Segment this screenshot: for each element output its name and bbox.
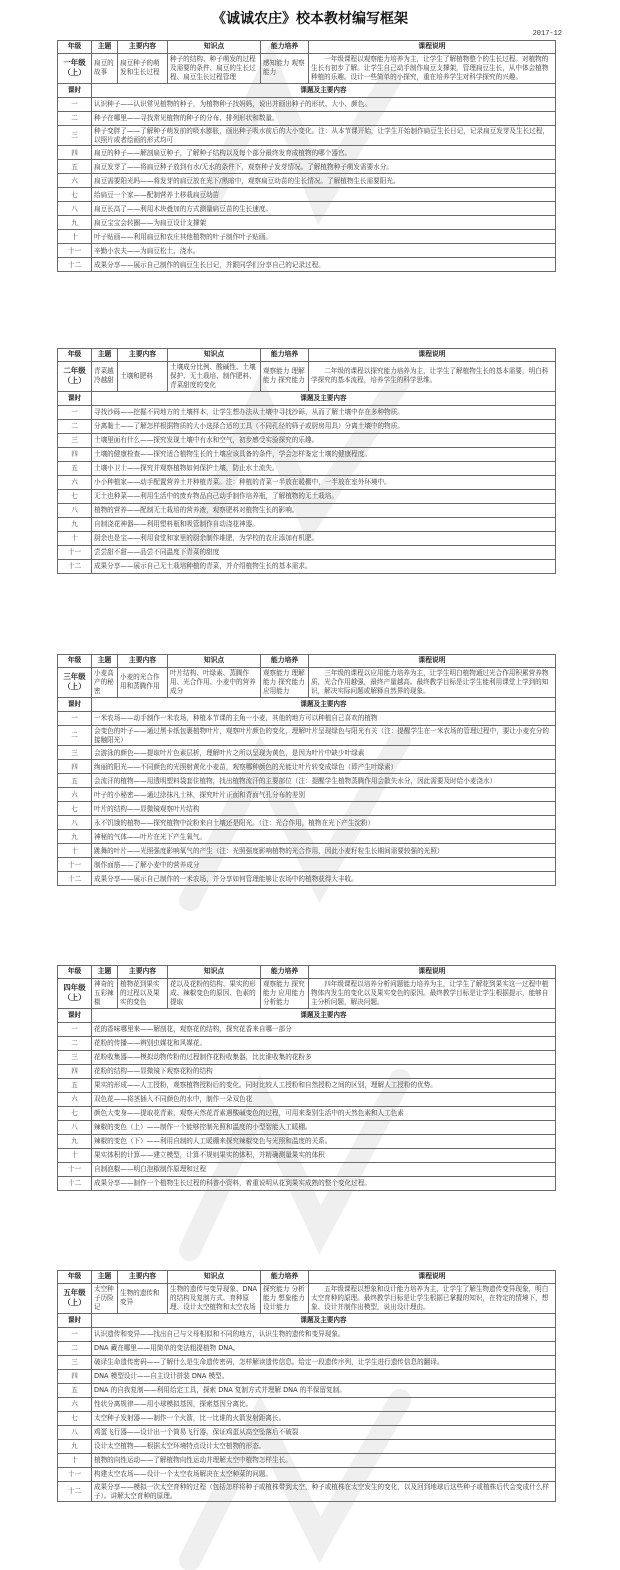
lesson-number: 三 (58, 433, 92, 447)
lesson-text-content: 永不饥饿的植物——探究植物中淀粉来自土壤还是阳光。（注：光合作用，植物在光下产生… (94, 819, 374, 827)
lesson-number: 五 (58, 774, 92, 788)
main-content-cell: 土壤和肥料 (118, 362, 168, 392)
document-title: 《诚诚农庄》校本教材编写框架 (0, 8, 620, 28)
header-lesson-content: 课题及主要内容 (92, 391, 556, 405)
header-main-content: 主要内容 (118, 1271, 168, 1284)
lesson-row: 五扁豆发芽了——将扁豆种子放到有水/无水的条件下，观察种子发芽情况。了解植物种子… (58, 160, 556, 174)
lesson-number: 五 (58, 461, 92, 475)
header-grade: 年级 (58, 655, 92, 668)
main-content-cell: 扁豆种子的萌发和生长过程 (118, 54, 168, 84)
lesson-row: 五DNA 的自我复制——利用给定工具，探索 DNA 复制方式并理解 DNA 的半… (58, 1383, 556, 1397)
header-knowledge: 知识点 (168, 41, 261, 54)
header-lesson-content: 课题及主要内容 (92, 83, 556, 97)
lesson-text: 土壤里面有什么——探究发现土壤中有水和空气，初步感受实验探究的乐趣。 (92, 433, 556, 447)
lesson-text: 鸡蛋飞行器——设计出一个简易飞行器，保证鸡蛋从高空坠落后不破裂 (92, 1425, 556, 1439)
lesson-text: 花粉的传播——辨别虫媒花和风媒花。 (92, 1036, 556, 1050)
lesson-text: 叶子的小秘密——通过涂抹凡士林，探究叶片正面和背面气孔分布的差别 (92, 788, 556, 802)
lesson-text-content: 无土也种菜——利用生活中的废弃物品自己动手制作培养瓶，了解植物的无土栽培。 (94, 492, 338, 500)
lesson-header-row: 课时课题及主要内容 (58, 1313, 556, 1327)
lesson-number: 十 (58, 1453, 92, 1467)
grade-info-row: 一年级（上）扁豆的故事扁豆种子的萌发和生长过程种子的结构、种子萌发的过程及需要的… (58, 54, 556, 84)
lesson-text-content: 认识遗传和变异——找出自己与父母相似和不同的地方，认识生物的遗传和变异现象。 (94, 1330, 345, 1338)
lesson-row: 一认识种子——认识常见植物的种子，为植物种子找妈妈，说出并画出种子的形状、大小、… (58, 97, 556, 111)
grade-table-2: 年级主题主要内容知识点能力培养课程说明二年级（上）青菜越冷越甜土壤和肥料土壤成分… (57, 348, 556, 574)
lesson-row: 八扁豆长高了——利用木块叠加的方式测量扁豆苗的生长速度。 (58, 202, 556, 216)
lesson-number: 十二 (58, 559, 92, 573)
lesson-number: 七 (58, 188, 92, 202)
lesson-row: 二会变色的叶子——通过黑卡纸包裹植物叶片，观察叶片颜色的变化，理解叶片呈现绿色与… (58, 725, 556, 746)
lesson-number: 九 (58, 1439, 92, 1453)
lesson-row: 六扁豆需要阳光吗——将发芽的扁豆放在光下/黑暗中，观察扁豆幼苗的生长情况。了解植… (58, 174, 556, 188)
lesson-text-content: 花粉收集器——模拟动物传粉的过程制作花粉收集器，比比谁收集的花粉多 (94, 1053, 312, 1061)
lesson-text-content: 叶子贴画——利用扁豆和农庄其他植物的叶子制作叶子贴画。 (94, 233, 272, 241)
lesson-row: 六叶子的小秘密——通过涂抹凡士林，探究叶片正面和背面气孔分布的差别 (58, 788, 556, 802)
lesson-number: 二 (58, 1341, 92, 1355)
header-ability: 能力培养 (261, 41, 309, 54)
lesson-number: 十 (58, 230, 92, 244)
lesson-number: 七 (58, 489, 92, 503)
lesson-text: 花的香味哪里来——解剖花，观察花的结构，探究花香来自哪一部分 (92, 1022, 556, 1036)
lesson-number: 五 (58, 1078, 92, 1092)
lesson-row: 四土壤的健康检查——探究适合植物生长的土壤应该具备的条件，学会怎样鉴定土壤的健康… (58, 447, 556, 461)
header-description: 课程说明 (309, 1271, 556, 1284)
lesson-row: 七给扁豆一个家——配制营养土移栽扁豆幼苗 (58, 188, 556, 202)
lesson-number: 六 (58, 1092, 92, 1106)
lesson-row: 八鸡蛋飞行器——设计出一个简易飞行器，保证鸡蛋从高空坠落后不破裂 (58, 1425, 556, 1439)
header-grade: 年级 (58, 966, 92, 979)
ability-cell: 探究能力 分析能力 想象能力 设计能力 (261, 1284, 309, 1314)
lesson-text-content: 种子变胖了——了解种子萌发前的吸水膨胀，画出种子吸水前后的大小变化。注：从本节课… (94, 127, 549, 144)
lesson-row: 九扁豆宝宝会转圈——为扁豆设计支撑架 (58, 216, 556, 230)
lesson-row: 十二成果分享——模拟一次太空育种的过程（包括怎样将种子或植株带到太空，种子或植株… (58, 1481, 556, 1502)
lesson-text-content: 鸡蛋飞行器——设计出一个简易飞行器，保证鸡蛋从高空坠落后不破裂 (94, 1428, 298, 1436)
lesson-row: 十二成果分享——展示自己制作的一米农场，并分享如何管理能够让农场中的植物获得大丰… (58, 872, 556, 886)
lesson-text-content: 花粉的结构——显微镜下观察花粉的结构 (94, 1067, 213, 1075)
lesson-text-content: 土壤的健康检查——探究适合植物生长的土壤应该具备的条件，学会怎样鉴定土壤的健康程… (94, 450, 371, 458)
lesson-number: 四 (58, 1064, 92, 1078)
lesson-row: 九辣椒的变色（下）——利用自制的人工暖棚来探究辣椒变色与光照和温度的关系。 (58, 1134, 556, 1148)
lesson-number: 四 (58, 447, 92, 461)
lesson-text-content: 设计太空植物——根据太空环境特点设计太空植物的形态。 (94, 1442, 265, 1450)
lesson-row: 六性状分离规律——用小球模拟基因，探索基因分离比。 (58, 1397, 556, 1411)
lesson-text-content: 扁豆长高了——利用木块叠加的方式测量扁豆苗的生长速度。 (94, 205, 272, 213)
grade-label: 一年级（上） (58, 54, 92, 84)
lesson-text-content: 绚丽的阳光——不同颜色的光照射黄化小麦苗，观察哪种颜色的光能让叶片转变成绿色（即… (94, 763, 397, 771)
lesson-text: 神秘的气体——叶片在光下产生氧气。 (92, 830, 556, 844)
lesson-number: 一 (58, 1327, 92, 1341)
lesson-number: 六 (58, 1397, 92, 1411)
lesson-row: 一一米农场——动手制作一米农场，种植本节课的主角一小麦，其他的地方可以种植自己喜… (58, 711, 556, 725)
lesson-text: 辣椒的变色（上）——制作一个能够控制光照和温度的小型智能人工暖棚。 (92, 1120, 556, 1134)
lesson-text: 会游泳的颜色——提取叶片色素层析，理解叶片之所以呈现为黄色，是因为叶片中缺少叶绿… (92, 746, 556, 760)
lesson-row: 九自制浇花神器——利用塑料瓶和吸管制作自动浇花神器。 (58, 517, 556, 531)
lesson-number: 十 (58, 1148, 92, 1162)
lesson-text: 跳舞的叶片——光照强度影响氧气的产生（注：光照强度影响植物的光合作用，因此小麦籽… (92, 844, 556, 858)
lesson-text-content: 叶片的结构——显微镜观察叶片结构 (94, 805, 200, 813)
lesson-number: 一 (58, 1022, 92, 1036)
lesson-row: 三土壤里面有什么——探究发现土壤中有水和空气，初步感受实验探究的乐趣。 (58, 433, 556, 447)
lesson-text-content: 扁豆的种子——解剖扁豆种子，了解种子结构以及每个部分最终发育成植物的哪个器官。 (94, 149, 351, 157)
lesson-row: 一花的香味哪里来——解剖花，观察花的结构，探究花香来自哪一部分 (58, 1022, 556, 1036)
lesson-text-content: 太空种子发射器——制作一个火箭，比一比谁的火箭发射距离长。 (94, 1414, 285, 1422)
lesson-text: 认识种子——认识常见植物的种子，为植物种子找妈妈，说出并画出种子的形状、大小、颜… (92, 97, 556, 111)
lesson-number: 四 (58, 146, 92, 160)
lesson-row: 三会游泳的颜色——提取叶片色素层析，理解叶片之所以呈现为黄色，是因为叶片中缺少叶… (58, 746, 556, 760)
ability-cell: 观察能力 理解能力 探究能力 (261, 362, 309, 392)
lesson-number: 七 (58, 1106, 92, 1120)
lesson-text-content: DNA 模型设计——自主设计拼装 DNA 模型。 (94, 1372, 228, 1380)
header-description: 课程说明 (309, 655, 556, 668)
lesson-text-content: 土壤里面有什么——探究发现土壤中有水和空气，初步感受实验探究的乐趣。 (94, 436, 318, 444)
lesson-text: 制作面筋——了解小麦中的营养成分 (92, 858, 556, 872)
ability-cell: 感知能力 观察能力 (261, 54, 309, 84)
lesson-text: 种子变胖了——了解种子萌发前的吸水膨胀，画出种子吸水前后的大小变化。注：从本节课… (92, 125, 556, 146)
lesson-text: 果实体积的计算——建立模型，计算不规则果实的体积，并精确测量果实的体积 (92, 1148, 556, 1162)
lesson-text: 分离黏土——了解怎样根据物质的大小选择合适的工具（不同孔径的筛子或厨房用具）分离… (92, 419, 556, 433)
header-row: 年级主题主要内容知识点能力培养课程说明 (58, 655, 556, 668)
lesson-text: 成果分享——展示自己制作的扁豆生长日记，并跟同学们分享自己的记录过程。 (92, 258, 556, 272)
lesson-text-content: 果实体积的计算——建立模型，计算不规则果实的体积，并精确测量果实的体积 (94, 1151, 325, 1159)
header-knowledge: 知识点 (168, 655, 261, 668)
lesson-text-content: 植物的向性运动——了解植物向性运动并理解太空中植物怎样生长。 (94, 1456, 292, 1464)
lesson-row: 七颜色大变身——提取花青素，观察天然花青素遇酸碱变色的过程，可用来鉴别生活中的天… (58, 1106, 556, 1120)
lesson-text-content: 成果分享——制作一个植物生长过程的科普小资料，着重说明从花到果实成熟的整个变化过… (94, 1179, 371, 1187)
lesson-text: 扁豆的种子——解剖扁豆种子，了解种子结构以及每个部分最终发育成植物的哪个器官。 (92, 146, 556, 160)
main-content-cell: 植物花到果实的过程以及果实的变色 (118, 979, 168, 1009)
ability-cell: 观察能力 理解能力 探究能力 应用能力 (261, 668, 309, 698)
knowledge-cell: 土壤成分比例、酸碱性、土壤保护、无土栽培、制作肥料、青菜甜度的变化 (168, 362, 261, 392)
lesson-row: 三种子变胖了——了解种子萌发前的吸水膨胀，画出种子吸水前后的大小变化。注：从本节… (58, 125, 556, 146)
lesson-row: 十果实体积的计算——建立模型，计算不规则果实的体积，并精确测量果实的体积 (58, 1148, 556, 1162)
lesson-text: 土壤小卫士——探究并观察植物如何保护土壤，防止水土流失。 (92, 461, 556, 475)
lesson-text: 认识遗传和变异——找出自己与父母相似和不同的地方，认识生物的遗传和变异现象。 (92, 1327, 556, 1341)
topic-cell: 青菜越冷越甜 (92, 362, 118, 392)
lesson-number: 十一 (58, 1162, 92, 1176)
lesson-text: 设计太空植物——根据太空环境特点设计太空植物的形态。 (92, 1439, 556, 1453)
lesson-row: 五会流汗的植物——用透明塑料袋套住植物，找出植物流汗的主要部位（注：提醒学生植物… (58, 774, 556, 788)
grade-info-row: 五年级（上）太空种子历险记生物的遗传和变异生物的遗传与变异现象、DNA的结构及复… (58, 1284, 556, 1314)
lesson-text-content: 扁豆宝宝会转圈——为扁豆设计支撑架 (94, 219, 206, 227)
lesson-text: 自制泡椒——明白泡椒制作原理和过程 (92, 1162, 556, 1176)
lesson-number: 十二 (58, 1481, 92, 1502)
lesson-text-content: 会游泳的颜色——提取叶片色素层析，理解叶片之所以呈现为黄色，是因为叶片中缺少叶绿… (94, 749, 364, 757)
lesson-number: 十一 (58, 858, 92, 872)
lesson-text: 成果分享——展示自己制作的一米农场，并分享如何管理能够让农场中的植物获得大丰收。 (92, 872, 556, 886)
lesson-text: 构建太空农场——设计一个太空农场解决在太空种菜的问题。 (92, 1467, 556, 1481)
lesson-text: 性状分离规律——用小球模拟基因，探索基因分离比。 (92, 1397, 556, 1411)
lesson-row: 四绚丽的阳光——不同颜色的光照射黄化小麦苗，观察哪种颜色的光能让叶片转变成绿色（… (58, 760, 556, 774)
lesson-number: 五 (58, 160, 92, 174)
lesson-row: 二种子在哪里——寻找常见植物的种子的分布、排列形状和数量。 (58, 111, 556, 125)
lesson-number: 十二 (58, 258, 92, 272)
ability-cell: 观察能力 探究能力 应用能力 分析能力 (261, 979, 309, 1009)
lesson-text-content: 破译生命遗传密码——了解什么是生命遗传密码，怎样解读遗传信息。给定一段遗传序列，… (94, 1358, 443, 1366)
lesson-row: 十一尝尝甜不甜——品尝不同温度下青菜的甜度 (58, 545, 556, 559)
header-ability: 能力培养 (261, 349, 309, 362)
lesson-text: 给扁豆一个家——配制营养土移栽扁豆幼苗 (92, 188, 556, 202)
header-knowledge: 知识点 (168, 966, 261, 979)
lesson-text-content: 成果分享——展示自己无土栽培种植的青菜，并介绍植物生长的基本需求。 (94, 562, 312, 570)
main-content-cell: 生物的遗传和变异 (118, 1284, 168, 1314)
lesson-text: 植物的营养——配制无土栽培的营养液，观察肥料对植物生长的影响。 (92, 503, 556, 517)
lesson-text-content: 自制浇花神器——利用塑料瓶和吸管制作自动浇花神器。 (94, 520, 259, 528)
lesson-row: 六小小种植家——动手配置营养土并种植青菜。注：种植的青菜一半放在暖棚中，一半放在… (58, 475, 556, 489)
header-lesson-no: 课时 (58, 1008, 92, 1022)
lesson-row: 二DNA 藏在哪里——用简单的变法粗提植物 DNA。 (58, 1341, 556, 1355)
grade-label: 三年级（上） (58, 668, 92, 698)
topic-cell: 小麦高产的秘密 (92, 668, 118, 698)
lesson-number: 三 (58, 125, 92, 146)
lesson-text-content: 给扁豆一个家——配制营养土移栽扁豆幼苗 (94, 191, 219, 199)
lesson-text: 成果分享——模拟一次太空育种的过程（包括怎样将种子或植株带到太空，种子或植株在太… (92, 1481, 556, 1502)
lesson-text-content: 叶子的小秘密——通过涂抹凡士林，探究叶片正面和背面气孔分布的差别 (94, 791, 305, 799)
lesson-text-content: 扁豆需要阳光吗——将发芽的扁豆放在光下/黑暗中，观察扁豆幼苗的生长情况。了解植物… (94, 177, 400, 185)
lesson-text-content: DNA 藏在哪里——用简单的变法粗提植物 DNA。 (94, 1344, 239, 1352)
lesson-row: 十二成果分享——展示自己制作的扁豆生长日记，并跟同学们分享自己的记录过程。 (58, 258, 556, 272)
header-topic: 主题 (92, 966, 118, 979)
lesson-row: 三花粉收集器——模拟动物传粉的过程制作花粉收集器，比比谁收集的花粉多 (58, 1050, 556, 1064)
lesson-number: 七 (58, 1411, 92, 1425)
lesson-number: 四 (58, 760, 92, 774)
lesson-row: 十一辛勤小农夫——为扁豆松土、浇水。 (58, 244, 556, 258)
grade-table-5: 年级主题主要内容知识点能力培养课程说明五年级（上）太空种子历险记生物的遗传和变异… (57, 1270, 556, 1502)
lesson-number: 十二 (58, 872, 92, 886)
header-description: 课程说明 (309, 41, 556, 54)
lesson-text: 寻找沙砾——挖掘不同地方的土壤样本，让学生想办法从土壤中寻找沙砾，从而了解土壤中… (92, 405, 556, 419)
lesson-text-content: 双色花——将茎插入不同颜色的水中，制作一朵双色花 (94, 1095, 252, 1103)
lesson-text-content: 花的香味哪里来——解剖花，观察花的结构，探究花香来自哪一部分 (94, 1025, 292, 1033)
grade-table-1: 年级主题主要内容知识点能力培养课程说明一年级（上）扁豆的故事扁豆种子的萌发和生长… (57, 40, 556, 272)
lesson-number: 九 (58, 830, 92, 844)
lesson-text: 扁豆长高了——利用木块叠加的方式测量扁豆苗的生长速度。 (92, 202, 556, 216)
header-ability: 能力培养 (261, 655, 309, 668)
header-knowledge: 知识点 (168, 1271, 261, 1284)
lesson-row: 十一构建太空农场——设计一个太空农场解决在太空种菜的问题。 (58, 1467, 556, 1481)
lesson-text-content: 神秘的气体——叶片在光下产生氧气。 (94, 833, 206, 841)
lesson-number: 八 (58, 816, 92, 830)
lesson-header-row: 课时课题及主要内容 (58, 391, 556, 405)
lesson-number: 五 (58, 1383, 92, 1397)
lesson-text: DNA 模型设计——自主设计拼装 DNA 模型。 (92, 1369, 556, 1383)
lesson-row: 二分离黏土——了解怎样根据物质的大小选择合适的工具（不同孔径的筛子或厨房用具）分… (58, 419, 556, 433)
lesson-text: 绚丽的阳光——不同颜色的光照射黄化小麦苗，观察哪种颜色的光能让叶片转变成绿色（即… (92, 760, 556, 774)
lesson-number: 六 (58, 174, 92, 188)
header-description: 课程说明 (309, 966, 556, 979)
lesson-text-content: 成果分享——展示自己制作的一米农场，并分享如何管理能够让农场中的植物获得大丰收。 (94, 875, 358, 883)
lesson-row: 十厨余也是宝——利用食堂和家里的厨余制作堆肥，为学校的农庄添加有机肥。 (58, 531, 556, 545)
lesson-text: 无土也种菜——利用生活中的废弃物品自己动手制作培养瓶，了解植物的无土栽培。 (92, 489, 556, 503)
lesson-text-content: 小小种植家——动手配置营养土并种植青菜。注：种植的青菜一半放在暖棚中，一半放在室… (94, 478, 391, 486)
lesson-text: 成果分享——制作一个植物生长过程的科普小资料，着重说明从花到果实成熟的整个变化过… (92, 1176, 556, 1190)
header-grade: 年级 (58, 41, 92, 54)
lesson-row: 二花粉的传播——辨别虫媒花和风媒花。 (58, 1036, 556, 1050)
lesson-number: 十一 (58, 1467, 92, 1481)
lesson-text: 小小种植家——动手配置营养土并种植青菜。注：种植的青菜一半放在暖棚中，一半放在室… (92, 475, 556, 489)
lesson-text-content: DNA 的自我复制——利用给定工具，探索 DNA 复制方式并理解 DNA 的半保… (94, 1386, 346, 1394)
header-grade: 年级 (58, 349, 92, 362)
description-cell: 一年级课程以观察能力培养为主，让学生了解植物整个的生长过程。对植物的生长有初步了… (309, 54, 556, 84)
lesson-number: 三 (58, 746, 92, 760)
lesson-text-content: 颜色大变身——提取花青素，观察天然花青素遇酸碱变色的过程，可用来鉴别生活中的天然… (94, 1109, 404, 1117)
lesson-number: 一 (58, 405, 92, 419)
knowledge-cell: 种子的结构、种子萌发的过程及需要的条件、扁豆的生长过程、扁豆生长过程管理 (168, 54, 261, 84)
lesson-text: 成果分享——展示自己无土栽培种植的青菜，并介绍植物生长的基本需求。 (92, 559, 556, 573)
lesson-text-content: 辣椒的变色（下）——利用自制的人工暖棚来探究辣椒变色与光照和温度的关系。 (94, 1137, 331, 1145)
lesson-text-content: 分离黏土——了解怎样根据物质的大小选择合适的工具（不同孔径的筛子或厨房用具）分离… (94, 422, 404, 430)
lesson-number: 八 (58, 1120, 92, 1134)
lesson-text: 扁豆需要阳光吗——将发芽的扁豆放在光下/黑暗中，观察扁豆幼苗的生长情况。了解植物… (92, 174, 556, 188)
lesson-text-content: 尝尝甜不甜——品尝不同温度下青菜的甜度 (94, 548, 219, 556)
lesson-text: DNA 藏在哪里——用简单的变法粗提植物 DNA。 (92, 1341, 556, 1355)
lesson-number: 十二 (58, 1176, 92, 1190)
lesson-number: 九 (58, 1134, 92, 1148)
lesson-number: 十一 (58, 545, 92, 559)
lesson-number: 九 (58, 517, 92, 531)
knowledge-cell: 叶片结构、叶绿素、蒸腾作用、光合作用、小麦中的营养成分 (168, 668, 261, 698)
lesson-text: 双色花——将茎插入不同颜色的水中，制作一朵双色花 (92, 1092, 556, 1106)
knowledge-cell: 花以及花粉的结构、果实的形成、辣椒变色的原因、色素的提取 (168, 979, 261, 1009)
topic-cell: 神奇的五彩辣椒 (92, 979, 118, 1009)
lesson-number: 二 (58, 111, 92, 125)
lesson-number: 十 (58, 531, 92, 545)
lesson-row: 七无土也种菜——利用生活中的废弃物品自己动手制作培养瓶，了解植物的无土栽培。 (58, 489, 556, 503)
lesson-number: 二 (58, 419, 92, 433)
lesson-row: 五土壤小卫士——探究并观察植物如何保护土壤，防止水土流失。 (58, 461, 556, 475)
lesson-row: 十二成果分享——展示自己无土栽培种植的青菜，并介绍植物生长的基本需求。 (58, 559, 556, 573)
grade-table-3: 年级主题主要内容知识点能力培养课程说明三年级（上）小麦高产的秘密小麦的光合作用和… (57, 654, 556, 886)
header-lesson-content: 课题及主要内容 (92, 1008, 556, 1022)
header-ability: 能力培养 (261, 1271, 309, 1284)
header-lesson-no: 课时 (58, 697, 92, 711)
lesson-number: 十一 (58, 244, 92, 258)
lesson-text: 叶子贴画——利用扁豆和农庄其他植物的叶子制作叶子贴画。 (92, 230, 556, 244)
lesson-text-content: 扁豆发芽了——将扁豆种子放到有水/无水的条件下，观察种子发芽情况。了解植物种子萌… (94, 163, 393, 171)
grade-info-row: 二年级（上）青菜越冷越甜土壤和肥料土壤成分比例、酸碱性、土壤保护、无土栽培、制作… (58, 362, 556, 392)
header-topic: 主题 (92, 349, 118, 362)
lesson-text: 破译生命遗传密码——了解什么是生命遗传密码，怎样解读遗传信息。给定一段遗传序列，… (92, 1355, 556, 1369)
header-ability: 能力培养 (261, 966, 309, 979)
lesson-text: 自制浇花神器——利用塑料瓶和吸管制作自动浇花神器。 (92, 517, 556, 531)
lesson-row: 五果实的形成——人工授粉，观察植物授粉后的变化。同时比较人工授粉和自然授粉之间的… (58, 1078, 556, 1092)
lesson-text-content: 会变色的叶子——通过黑卡纸包裹植物叶片，观察叶片颜色的变化，理解叶片呈现绿色与阳… (94, 727, 549, 744)
lesson-text-content: 制作面筋——了解小麦中的营养成分 (94, 861, 200, 869)
header-lesson-no: 课时 (58, 391, 92, 405)
lesson-header-row: 课时课题及主要内容 (58, 697, 556, 711)
lesson-row: 十一制作面筋——了解小麦中的营养成分 (58, 858, 556, 872)
lesson-text-content: 土壤小卫士——探究并观察植物如何保护土壤，防止水土流失。 (94, 464, 279, 472)
topic-cell: 太空种子历险记 (92, 1284, 118, 1314)
lesson-text-content: 跳舞的叶片——光照强度影响氧气的产生（注：光照强度影响植物的光合作用，因此小麦籽… (94, 847, 443, 855)
lesson-text: 尝尝甜不甜——品尝不同温度下青菜的甜度 (92, 545, 556, 559)
header-lesson-content: 课题及主要内容 (92, 697, 556, 711)
lesson-row: 十植物的向性运动——了解植物向性运动并理解太空中植物怎样生长。 (58, 1453, 556, 1467)
lesson-number: 一 (58, 711, 92, 725)
lesson-text: 花粉收集器——模拟动物传粉的过程制作花粉收集器，比比谁收集的花粉多 (92, 1050, 556, 1064)
lesson-number: 三 (58, 1355, 92, 1369)
lesson-number: 九 (58, 216, 92, 230)
lesson-text-content: 自制泡椒——明白泡椒制作原理和过程 (94, 1165, 206, 1173)
lesson-text: 永不饥饿的植物——探究植物中淀粉来自土壤还是阳光。（注：光合作用，植物在光下产生… (92, 816, 556, 830)
header-lesson-no: 课时 (58, 83, 92, 97)
lesson-number: 六 (58, 475, 92, 489)
grade-info-row: 四年级（上）神奇的五彩辣椒植物花到果实的过程以及果实的变色花以及花粉的结构、果实… (58, 979, 556, 1009)
lesson-header-row: 课时课题及主要内容 (58, 1008, 556, 1022)
lesson-text: 果实的形成——人工授粉，观察植物授粉后的变化。同时比较人工授粉和自然授粉之间的区… (92, 1078, 556, 1092)
lesson-text-content: 种子在哪里——寻找常见植物的种子的分布、排列形状和数量。 (94, 114, 279, 122)
description-cell: 五年级课程以想象和设计能力培养为主，让学生了解生物遗传变异现象，明白太空育种的原… (309, 1284, 556, 1314)
lesson-row: 四DNA 模型设计——自主设计拼装 DNA 模型。 (58, 1369, 556, 1383)
lesson-number: 八 (58, 503, 92, 517)
grade-info-row: 三年级（上）小麦高产的秘密小麦的光合作用和蒸腾作用叶片结构、叶绿素、蒸腾作用、光… (58, 668, 556, 698)
lesson-row: 十一自制泡椒——明白泡椒制作原理和过程 (58, 1162, 556, 1176)
lesson-text: 扁豆发芽了——将扁豆种子放到有水/无水的条件下，观察种子发芽情况。了解植物种子萌… (92, 160, 556, 174)
header-row: 年级主题主要内容知识点能力培养课程说明 (58, 41, 556, 54)
header-row: 年级主题主要内容知识点能力培养课程说明 (58, 966, 556, 979)
lesson-text: 扁豆宝宝会转圈——为扁豆设计支撑架 (92, 216, 556, 230)
description-cell: 二年级的课程以探究能力培养为主，让学生了解植物生长的基本需要，明白科学探究的基本… (309, 362, 556, 392)
knowledge-cell: 生物的遗传与变异现象、DNA的结构及复制方式、育种原理、设计太空植物和太空农场 (168, 1284, 261, 1314)
header-topic: 主题 (92, 655, 118, 668)
lesson-text-content: 会流汗的植物——用透明塑料袋套住植物，找出植物流汗的主要部位（注：提醒学生植物蒸… (94, 777, 553, 786)
lesson-row: 九神秘的气体——叶片在光下产生氧气。 (58, 830, 556, 844)
lesson-text-content: 花粉的传播——辨别虫媒花和风媒花。 (94, 1039, 206, 1047)
lesson-row: 八辣椒的变色（上）——制作一个能够控制光照和温度的小型智能人工暖棚。 (58, 1120, 556, 1134)
description-cell: 三年级的课程以应用能力培养为主，让学生明白植物通过光合作用积累营养物质，光合作用… (309, 668, 556, 698)
grade-label: 四年级（上） (58, 979, 92, 1009)
topic-cell: 扁豆的故事 (92, 54, 118, 84)
lesson-row: 六双色花——将茎插入不同颜色的水中，制作一朵双色花 (58, 1092, 556, 1106)
header-row: 年级主题主要内容知识点能力培养课程说明 (58, 1271, 556, 1284)
lesson-text-content: 一米农场——动手制作一米农场，种植本节课的主角一小麦，其他的地方可以种植自己喜欢… (94, 714, 378, 722)
lesson-text: 植物的向性运动——了解植物向性运动并理解太空中植物怎样生长。 (92, 1453, 556, 1467)
lesson-row: 十二成果分享——制作一个植物生长过程的科普小资料，着重说明从花到果实成熟的整个变… (58, 1176, 556, 1190)
lesson-text-content: 构建太空农场——设计一个太空农场解决在太空种菜的问题。 (94, 1470, 272, 1478)
lesson-row: 一认识遗传和变异——找出自己与父母相似和不同的地方，认识生物的遗传和变异现象。 (58, 1327, 556, 1341)
document-date: 2017-12 (500, 30, 562, 38)
lesson-number: 十 (58, 844, 92, 858)
lesson-text: 种子在哪里——寻找常见植物的种子的分布、排列形状和数量。 (92, 111, 556, 125)
lesson-text-content: 辣椒的变色（上）——制作一个能够控制光照和温度的小型智能人工暖棚。 (94, 1123, 312, 1131)
lesson-number: 二 (58, 725, 92, 746)
lesson-text-content: 厨余也是宝——利用食堂和家里的厨余制作堆肥，为学校的农庄添加有机肥。 (94, 534, 318, 542)
lesson-text-content: 果实的形成——人工授粉，观察植物授粉后的变化。同时比较人工授粉和自然授粉之间的区… (94, 1081, 437, 1089)
header-main-content: 主要内容 (118, 655, 168, 668)
lesson-text: DNA 的自我复制——利用给定工具，探索 DNA 复制方式并理解 DNA 的半保… (92, 1383, 556, 1397)
lesson-number: 六 (58, 788, 92, 802)
description-cell: 四年级课程以培养分析问题能力培养为主，让学生了解花到果实这一过程中植物体内发生的… (309, 979, 556, 1009)
lesson-number: 八 (58, 1425, 92, 1439)
lesson-number: 一 (58, 97, 92, 111)
header-knowledge: 知识点 (168, 349, 261, 362)
lesson-row: 四花粉的结构——显微镜下观察花粉的结构 (58, 1064, 556, 1078)
grade-label: 二年级（上） (58, 362, 92, 392)
lesson-text-content: 成果分享——模拟一次太空育种的过程（包括怎样将种子或植株带到太空，种子或植株在太… (94, 1483, 549, 1500)
lesson-text-content: 认识种子——认识常见植物的种子，为植物种子找妈妈，说出并画出种子的形状、大小、颜… (94, 100, 371, 108)
lesson-row: 七太空种子发射器——制作一个火箭，比一比谁的火箭发射距离长。 (58, 1411, 556, 1425)
lesson-number: 七 (58, 802, 92, 816)
lesson-number: 二 (58, 1036, 92, 1050)
header-lesson-no: 课时 (58, 1313, 92, 1327)
header-grade: 年级 (58, 1271, 92, 1284)
lesson-row: 七叶片的结构——显微镜观察叶片结构 (58, 802, 556, 816)
lesson-text: 花粉的结构——显微镜下观察花粉的结构 (92, 1064, 556, 1078)
lesson-text: 叶片的结构——显微镜观察叶片结构 (92, 802, 556, 816)
lesson-number: 四 (58, 1369, 92, 1383)
grade-table-4: 年级主题主要内容知识点能力培养课程说明四年级（上）神奇的五彩辣椒植物花到果实的过… (57, 965, 556, 1191)
lesson-text-content: 性状分离规律——用小球模拟基因，探索基因分离比。 (94, 1400, 252, 1408)
lesson-row: 一寻找沙砾——挖掘不同地方的土壤样本，让学生想办法从土壤中寻找沙砾，从而了解土壤… (58, 405, 556, 419)
lesson-text: 太空种子发射器——制作一个火箭，比一比谁的火箭发射距离长。 (92, 1411, 556, 1425)
